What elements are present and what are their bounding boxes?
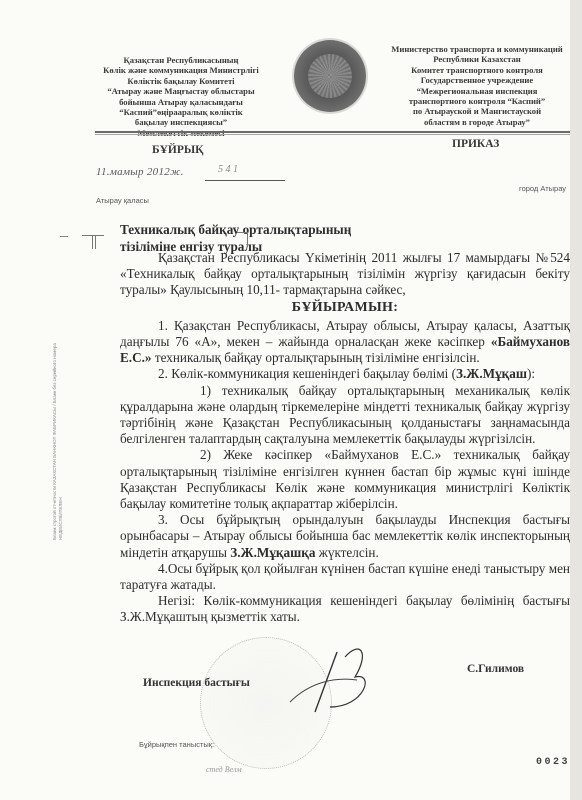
header-russian-organization: Министерство транспорта и коммуникаций Р… xyxy=(382,44,572,127)
header-left-line: “Каспий”өңірааралық көліктік xyxy=(86,107,276,117)
margin-security-note: Бланк строгой отчетности КАЗАКСТАН БАНКН… xyxy=(52,340,68,540)
header-right-line: Комитет транспортного контроля xyxy=(382,65,572,75)
order-date-handwritten: 11.мамыр 2012ж. xyxy=(96,166,184,178)
item-3: 3. Осы бұйрықтың орындалуын бақылауды Ин… xyxy=(120,512,570,561)
order-label-russian: ПРИКАЗ xyxy=(452,138,499,150)
header-kazakh-organization: Қазақстан Республикасының Көлік және ком… xyxy=(86,55,276,138)
command-heading: БҰЙЫРАМЫН: xyxy=(120,300,570,316)
form-serial-number: 0023 xyxy=(536,757,570,768)
order-label-kazakh: БҰЙРЫҚ xyxy=(152,144,204,156)
header-left-line: “Атырау және Маңғыстау облыстары xyxy=(86,86,276,96)
header-left-line: бақылау инспекциясы” xyxy=(86,117,276,127)
header-left-line: Көліктік бақылау Комитеті xyxy=(86,76,276,86)
header-right-line: по Атырауской и Мангистауской xyxy=(382,106,572,116)
item-2-1: 1) техникалық байқау орталықтарының меха… xyxy=(120,383,570,448)
document-page: Қазақстан Республикасының Көлік және ком… xyxy=(0,0,570,800)
acknowledged-handwritten: стед Велм xyxy=(206,765,242,774)
city-kazakh: Атырау қаласы xyxy=(96,196,149,205)
preamble: Қазақстан Республикасы Үкіметінің 2011 ж… xyxy=(120,250,570,299)
basis: Негізі: Көлік-коммуникация кешеніндегі б… xyxy=(120,593,570,625)
item-1: 1. Қазақстан Республикасы, Атырау облысы… xyxy=(120,318,570,367)
header-right-line: Республики Казахстан xyxy=(382,54,572,64)
signature-icon xyxy=(285,632,375,722)
header-right-line: Государственное учреждение xyxy=(382,75,572,85)
title-corner-bracket xyxy=(237,232,248,247)
item-4: 4.Осы бұйрық қол қойылған күнінен бастап… xyxy=(120,561,570,593)
order-number-line xyxy=(205,180,285,181)
header-right-line: Министерство транспорта и коммуникаций xyxy=(382,44,572,54)
title-line: Техникалық байқау орталықтарының xyxy=(120,221,351,238)
city-russian: город Атырау xyxy=(519,184,566,193)
header-divider xyxy=(95,131,573,133)
order-number-handwritten: 5 4 1 xyxy=(218,164,238,175)
header-left-line: бойынша Атырау қаласындағы xyxy=(86,97,276,107)
header-right-line: транспортного контроля “Каспий” xyxy=(382,96,572,106)
title-corner-marks xyxy=(60,233,120,253)
responsible-person: З.Ж.Мұқаш xyxy=(456,366,527,381)
header-right-line: “Межрегиональная инспекция xyxy=(382,86,572,96)
header-left-line: Қазақстан Республикасының xyxy=(86,55,276,65)
acknowledged-label: Бұйрықпен таныстық: xyxy=(139,740,214,749)
signatory-name: С.Гилимов xyxy=(467,663,524,675)
scan-edge xyxy=(570,0,582,800)
signatory-position: Инспекция бастығы xyxy=(143,677,250,689)
header-left-line: Көлік және коммуникация Министрлігі xyxy=(86,65,276,75)
item-2-2: 2) Жеке кәсіпкер «Баймуханов Е.С.» техни… xyxy=(120,447,570,512)
header-divider-thin xyxy=(95,134,573,135)
responsible-person: З.Ж.Мұқашқа xyxy=(230,545,315,560)
item-2: 2. Көлік-коммуникация кешеніндегі бақыла… xyxy=(120,366,570,382)
document-body: Қазақстан Республикасы Үкіметінің 2011 ж… xyxy=(120,250,570,626)
state-emblem-icon xyxy=(294,40,366,112)
header-right-line: областям в городе Атырау” xyxy=(382,117,572,127)
